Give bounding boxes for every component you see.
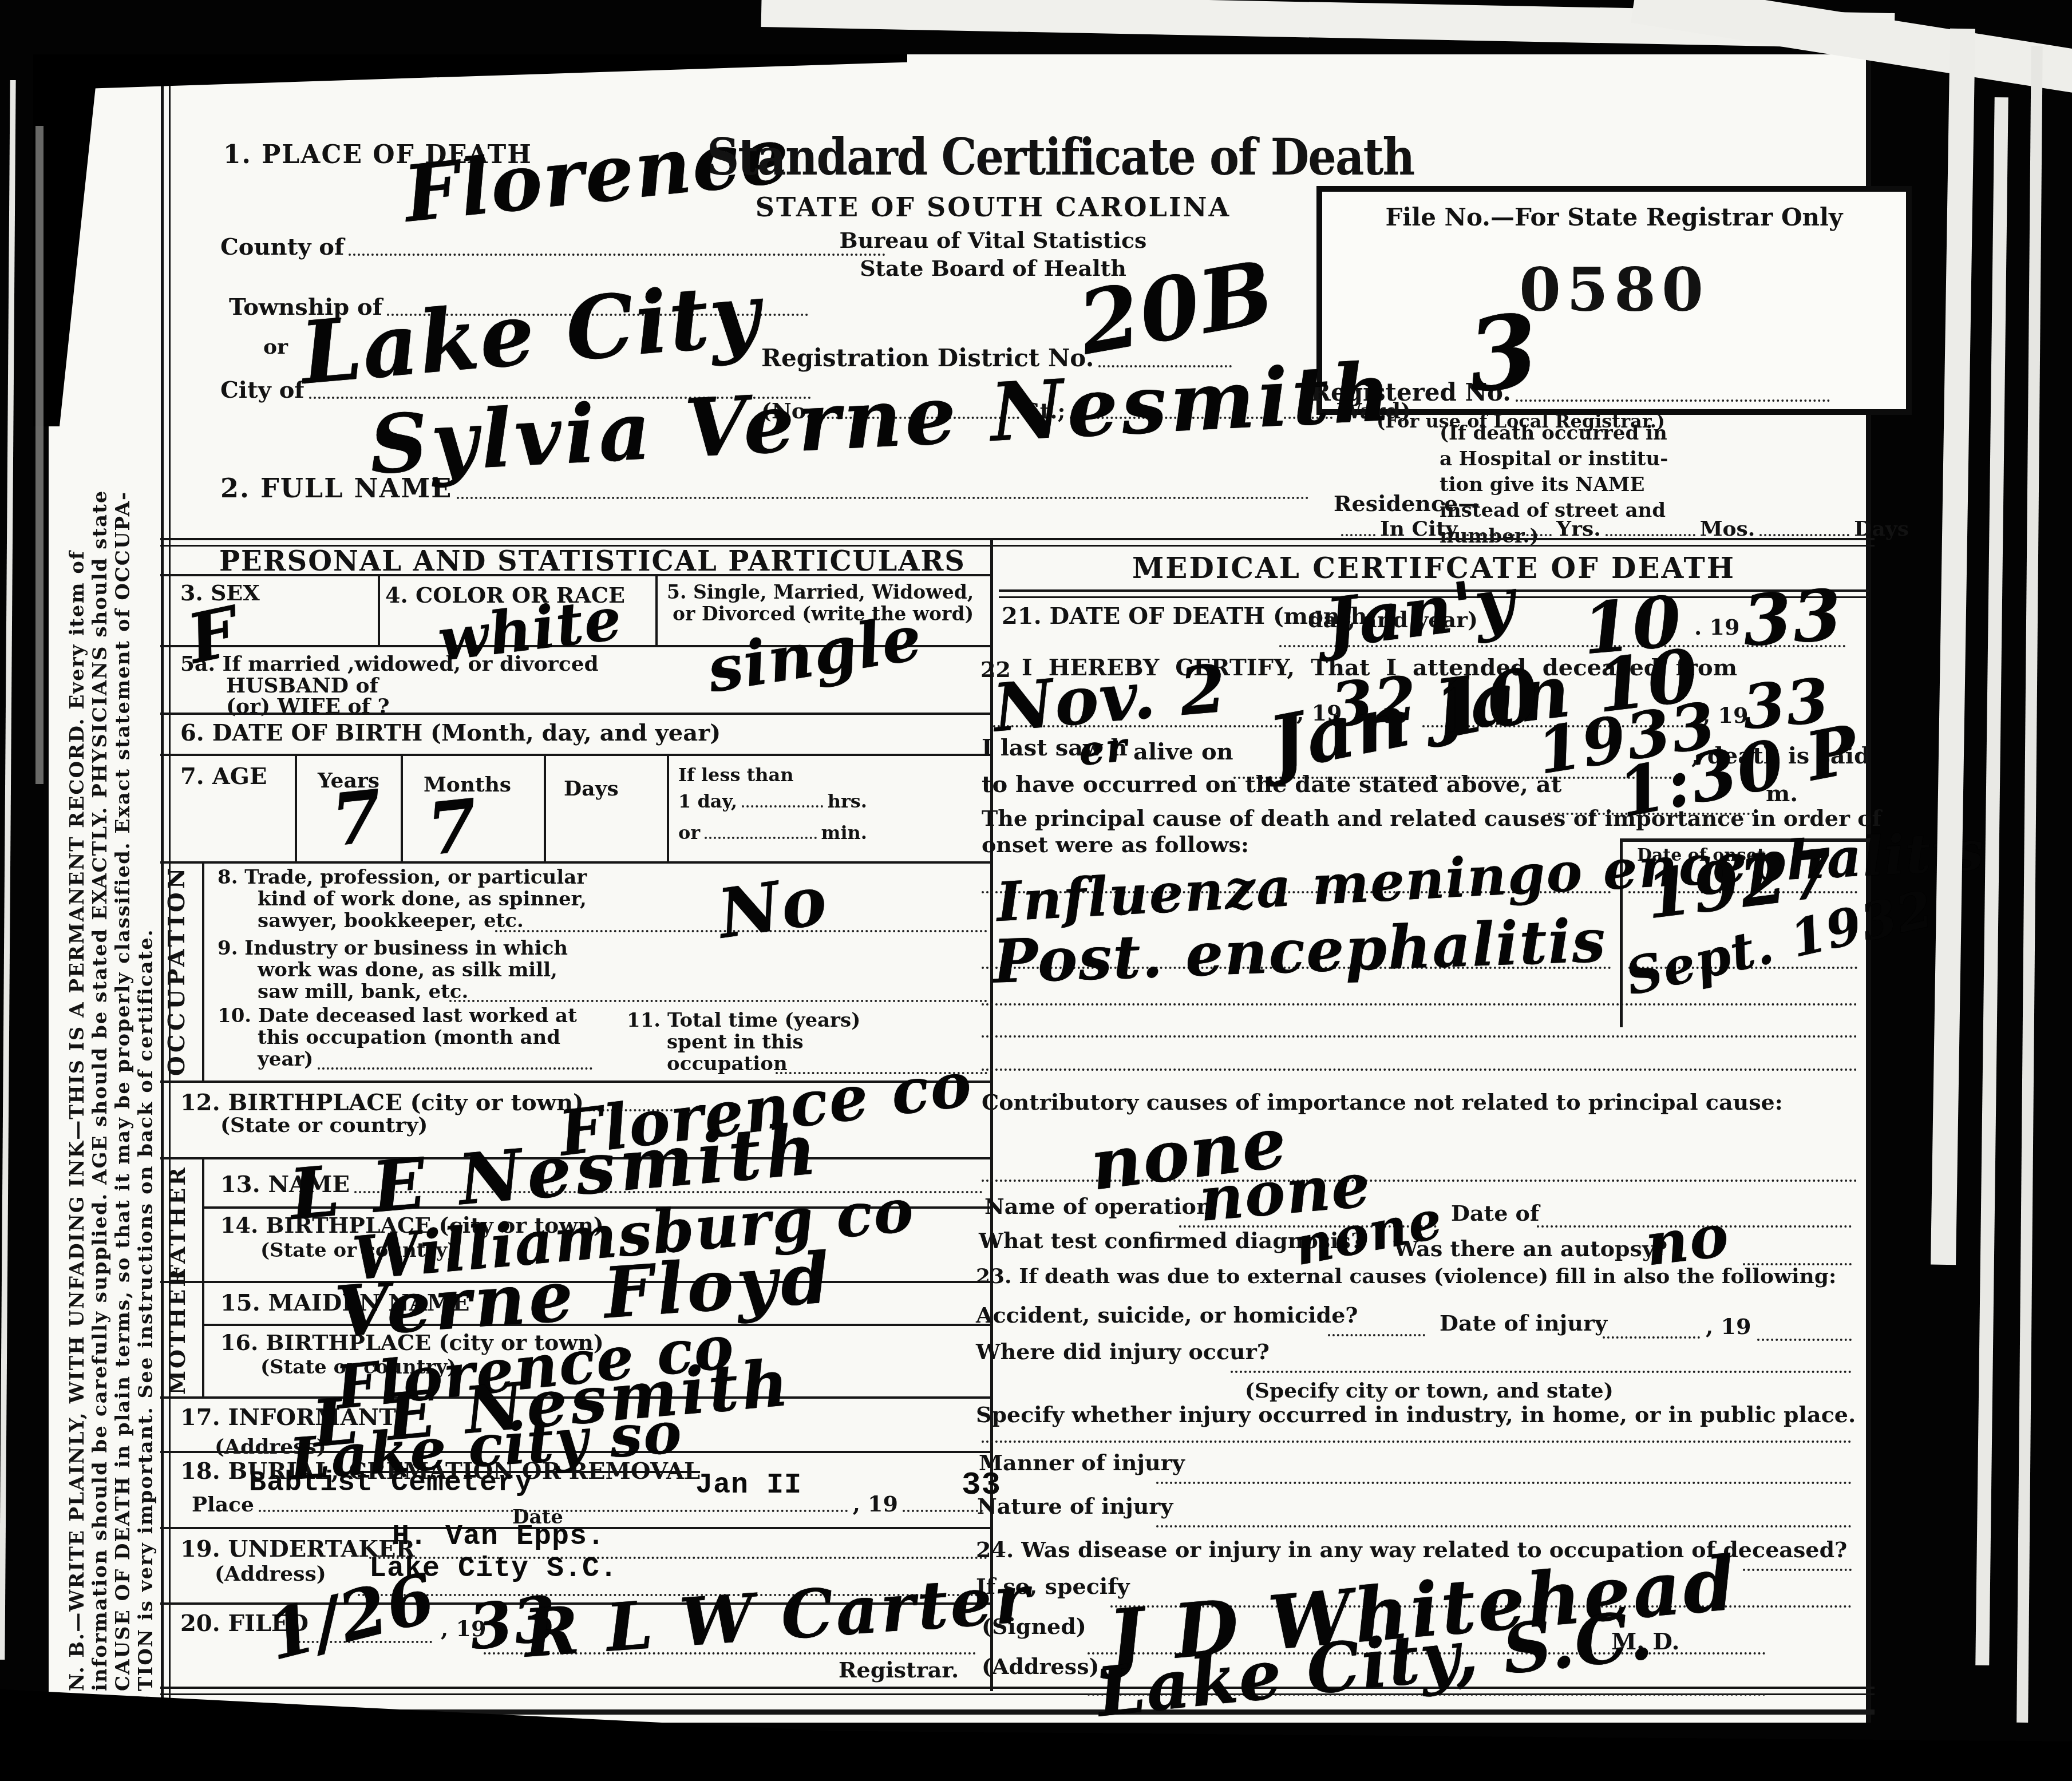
occupation-divider	[202, 861, 204, 1081]
where-leader	[1231, 1371, 1852, 1373]
blank-leader	[982, 1003, 1857, 1006]
injury-date-leader	[1603, 1336, 1700, 1339]
date-of-label: Date of	[1451, 1200, 1539, 1226]
hospital-note-line: a Hospital or institu-	[1440, 446, 1886, 472]
injury-19-leader	[1757, 1339, 1852, 1341]
burial-date-value: Jan II	[695, 1469, 802, 1502]
if-less-row-min: or min.	[678, 818, 867, 844]
father-side-label: FATHER	[164, 1159, 196, 1280]
if-less-label-2: 1 day,	[678, 790, 737, 812]
specify-city-label: (Specify city or town, and state)	[1245, 1379, 1614, 1403]
hospital-note-line: (If death occurred in	[1440, 421, 1886, 446]
father-divider	[202, 1157, 204, 1281]
trade-label-1: 8. Trade, profession, or particular	[218, 866, 587, 889]
age-divider	[667, 754, 669, 861]
mother-divider	[202, 1281, 204, 1396]
state-line: STATE OF SOUTH CAROLINA	[707, 192, 1279, 223]
last-worked-label-3: year)	[258, 1048, 313, 1071]
specify-leader	[982, 1440, 1852, 1443]
trade-value: No	[713, 860, 832, 953]
dod-19: . 19	[1694, 614, 1739, 640]
city-label: City of	[220, 377, 305, 403]
industry-label-1: 9. Industry or business in which	[218, 937, 568, 960]
md-addr-label: (Address)	[982, 1653, 1100, 1679]
left-edge-sliver-2	[35, 126, 44, 784]
or-label: or	[263, 335, 288, 359]
mother-side-label: MOTHER	[164, 1283, 196, 1395]
age-days-label: Days	[564, 777, 619, 801]
if-less-hrs: hrs.	[828, 790, 867, 812]
undertaker-value: H. Van Epps.	[392, 1521, 605, 1553]
age-divider	[544, 754, 546, 861]
accident-label: Accident, suicide, or homicide?	[976, 1302, 1358, 1328]
occupation-side-label: OCCUPATION	[163, 867, 197, 1076]
yrs-label: Yrs.	[1556, 517, 1600, 541]
left-edge-sliver	[0, 80, 16, 1660]
mos-label: Mos.	[1700, 517, 1755, 541]
marital-label-1: 5. Single, Married, Widowed,	[667, 581, 974, 603]
total-time-label-2: spent in this	[667, 1031, 804, 1054]
hospital-note-line: tion give its NAME	[1440, 472, 1886, 498]
row-line	[160, 754, 990, 756]
row-line	[160, 861, 990, 864]
if-less-row-hrs: 1 day, hrs.	[678, 787, 867, 812]
page-edge-streak	[1931, 29, 1975, 1265]
registrar-label: Registrar.	[839, 1657, 959, 1683]
accident-leader	[1328, 1334, 1425, 1336]
industry-label-3: saw mill, bank, etc.	[258, 980, 468, 1003]
personal-title-underline	[160, 574, 990, 576]
age-months-value: 7	[424, 783, 483, 872]
margin-note: N. B.—WRITE PLAINLY, WITH UNFADING INK—T…	[66, 89, 157, 1691]
occurred-text: to have occurred on the date stated abov…	[982, 771, 1561, 798]
last-worked-label-1: 10. Date deceased last worked at	[218, 1004, 577, 1027]
total-time-label-1: 11. Total time (years)	[627, 1009, 860, 1032]
certificate-title: Standard Certificate of Death	[707, 129, 1279, 187]
days-label: Days	[1854, 517, 1909, 541]
personal-section-title: PERSONAL AND STATISTICAL PARTICULARS	[197, 545, 987, 577]
manner-leader	[1156, 1482, 1852, 1484]
scanned-death-certificate: N. B.—WRITE PLAINLY, WITH UNFADING INK—T…	[0, 0, 2072, 1781]
industry-label-2: work was done, as silk mill,	[258, 959, 557, 981]
last-saw-post: alive on	[1133, 738, 1233, 765]
autopsy-value: no	[1642, 1201, 1733, 1280]
registered-no-value: 3	[1462, 291, 1545, 415]
specify-where-label: Specify whether injury occurred in indus…	[976, 1402, 1856, 1427]
contributory-label: Contributory causes of importance not re…	[982, 1089, 1783, 1115]
certificate-paper: N. B.—WRITE PLAINLY, WITH UNFADING INK—T…	[49, 54, 1871, 1723]
if-less-or: or	[678, 822, 700, 844]
row-line	[160, 713, 990, 715]
file-box-label: File No.—For State Registrar Only	[1322, 203, 1906, 231]
blank-leader	[982, 1035, 1857, 1038]
in-city-label: In City	[1380, 517, 1457, 541]
age-divider	[295, 754, 297, 861]
margin-note-line: information should be carefully supplied…	[89, 89, 112, 1691]
last-worked-label-2: this occupation (month and	[258, 1026, 560, 1049]
page-edge-streak	[2016, 46, 2043, 1723]
bureau-line: Bureau of Vital Statistics	[707, 227, 1279, 253]
dod-year-value: 33	[1740, 573, 1845, 662]
if-less-min: min.	[821, 822, 867, 844]
margin-note-line: CAUSE OF DEATH in plain terms, so that i…	[112, 89, 135, 1691]
age-label: 7. AGE	[180, 763, 267, 790]
trade-label-3: sawyer, bookkeeper, etc.	[258, 909, 524, 932]
q24-leader	[1743, 1569, 1852, 1571]
county-label: County of	[220, 233, 344, 260]
nature-label: Nature of injury	[977, 1493, 1173, 1519]
last-worked-leader	[318, 1067, 592, 1070]
age-years-value: 7	[328, 774, 387, 863]
injury-date-label: Date of injury	[1440, 1310, 1607, 1336]
manner-label: Manner of injury	[979, 1450, 1185, 1475]
birthplace-state-label: (State or country)	[220, 1113, 428, 1137]
trade-label-2: kind of work done, as spinner,	[258, 888, 587, 911]
principal-label-2: onset were as follows:	[982, 832, 1249, 857]
industry-leader	[449, 1000, 987, 1002]
residence-duration-row: In City Yrs. Mos. Days	[1336, 512, 1909, 541]
cell-divider	[655, 574, 658, 645]
nature-leader	[1156, 1525, 1852, 1527]
margin-note-line: TION is very important. See instructions…	[135, 89, 157, 1691]
age-divider	[401, 754, 403, 861]
where-label: Where did injury occur?	[976, 1339, 1270, 1364]
blank-leader	[982, 1068, 1857, 1071]
last-saw-er-value: er	[1077, 723, 1130, 775]
dob-label: 6. DATE OF BIRTH (Month, day, and year)	[180, 719, 721, 746]
place-label: Place	[192, 1493, 254, 1517]
cell-divider	[378, 574, 380, 645]
birthplace-label: 12. BIRTHPLACE (city or town)	[180, 1089, 584, 1116]
undertaker-addr-label: (Address)	[215, 1562, 326, 1586]
injury-19: , 19	[1706, 1313, 1751, 1339]
if-less-label-1: If less than	[678, 764, 794, 786]
burial-19: , 19	[853, 1491, 898, 1517]
file-number: 0580	[1322, 254, 1906, 325]
